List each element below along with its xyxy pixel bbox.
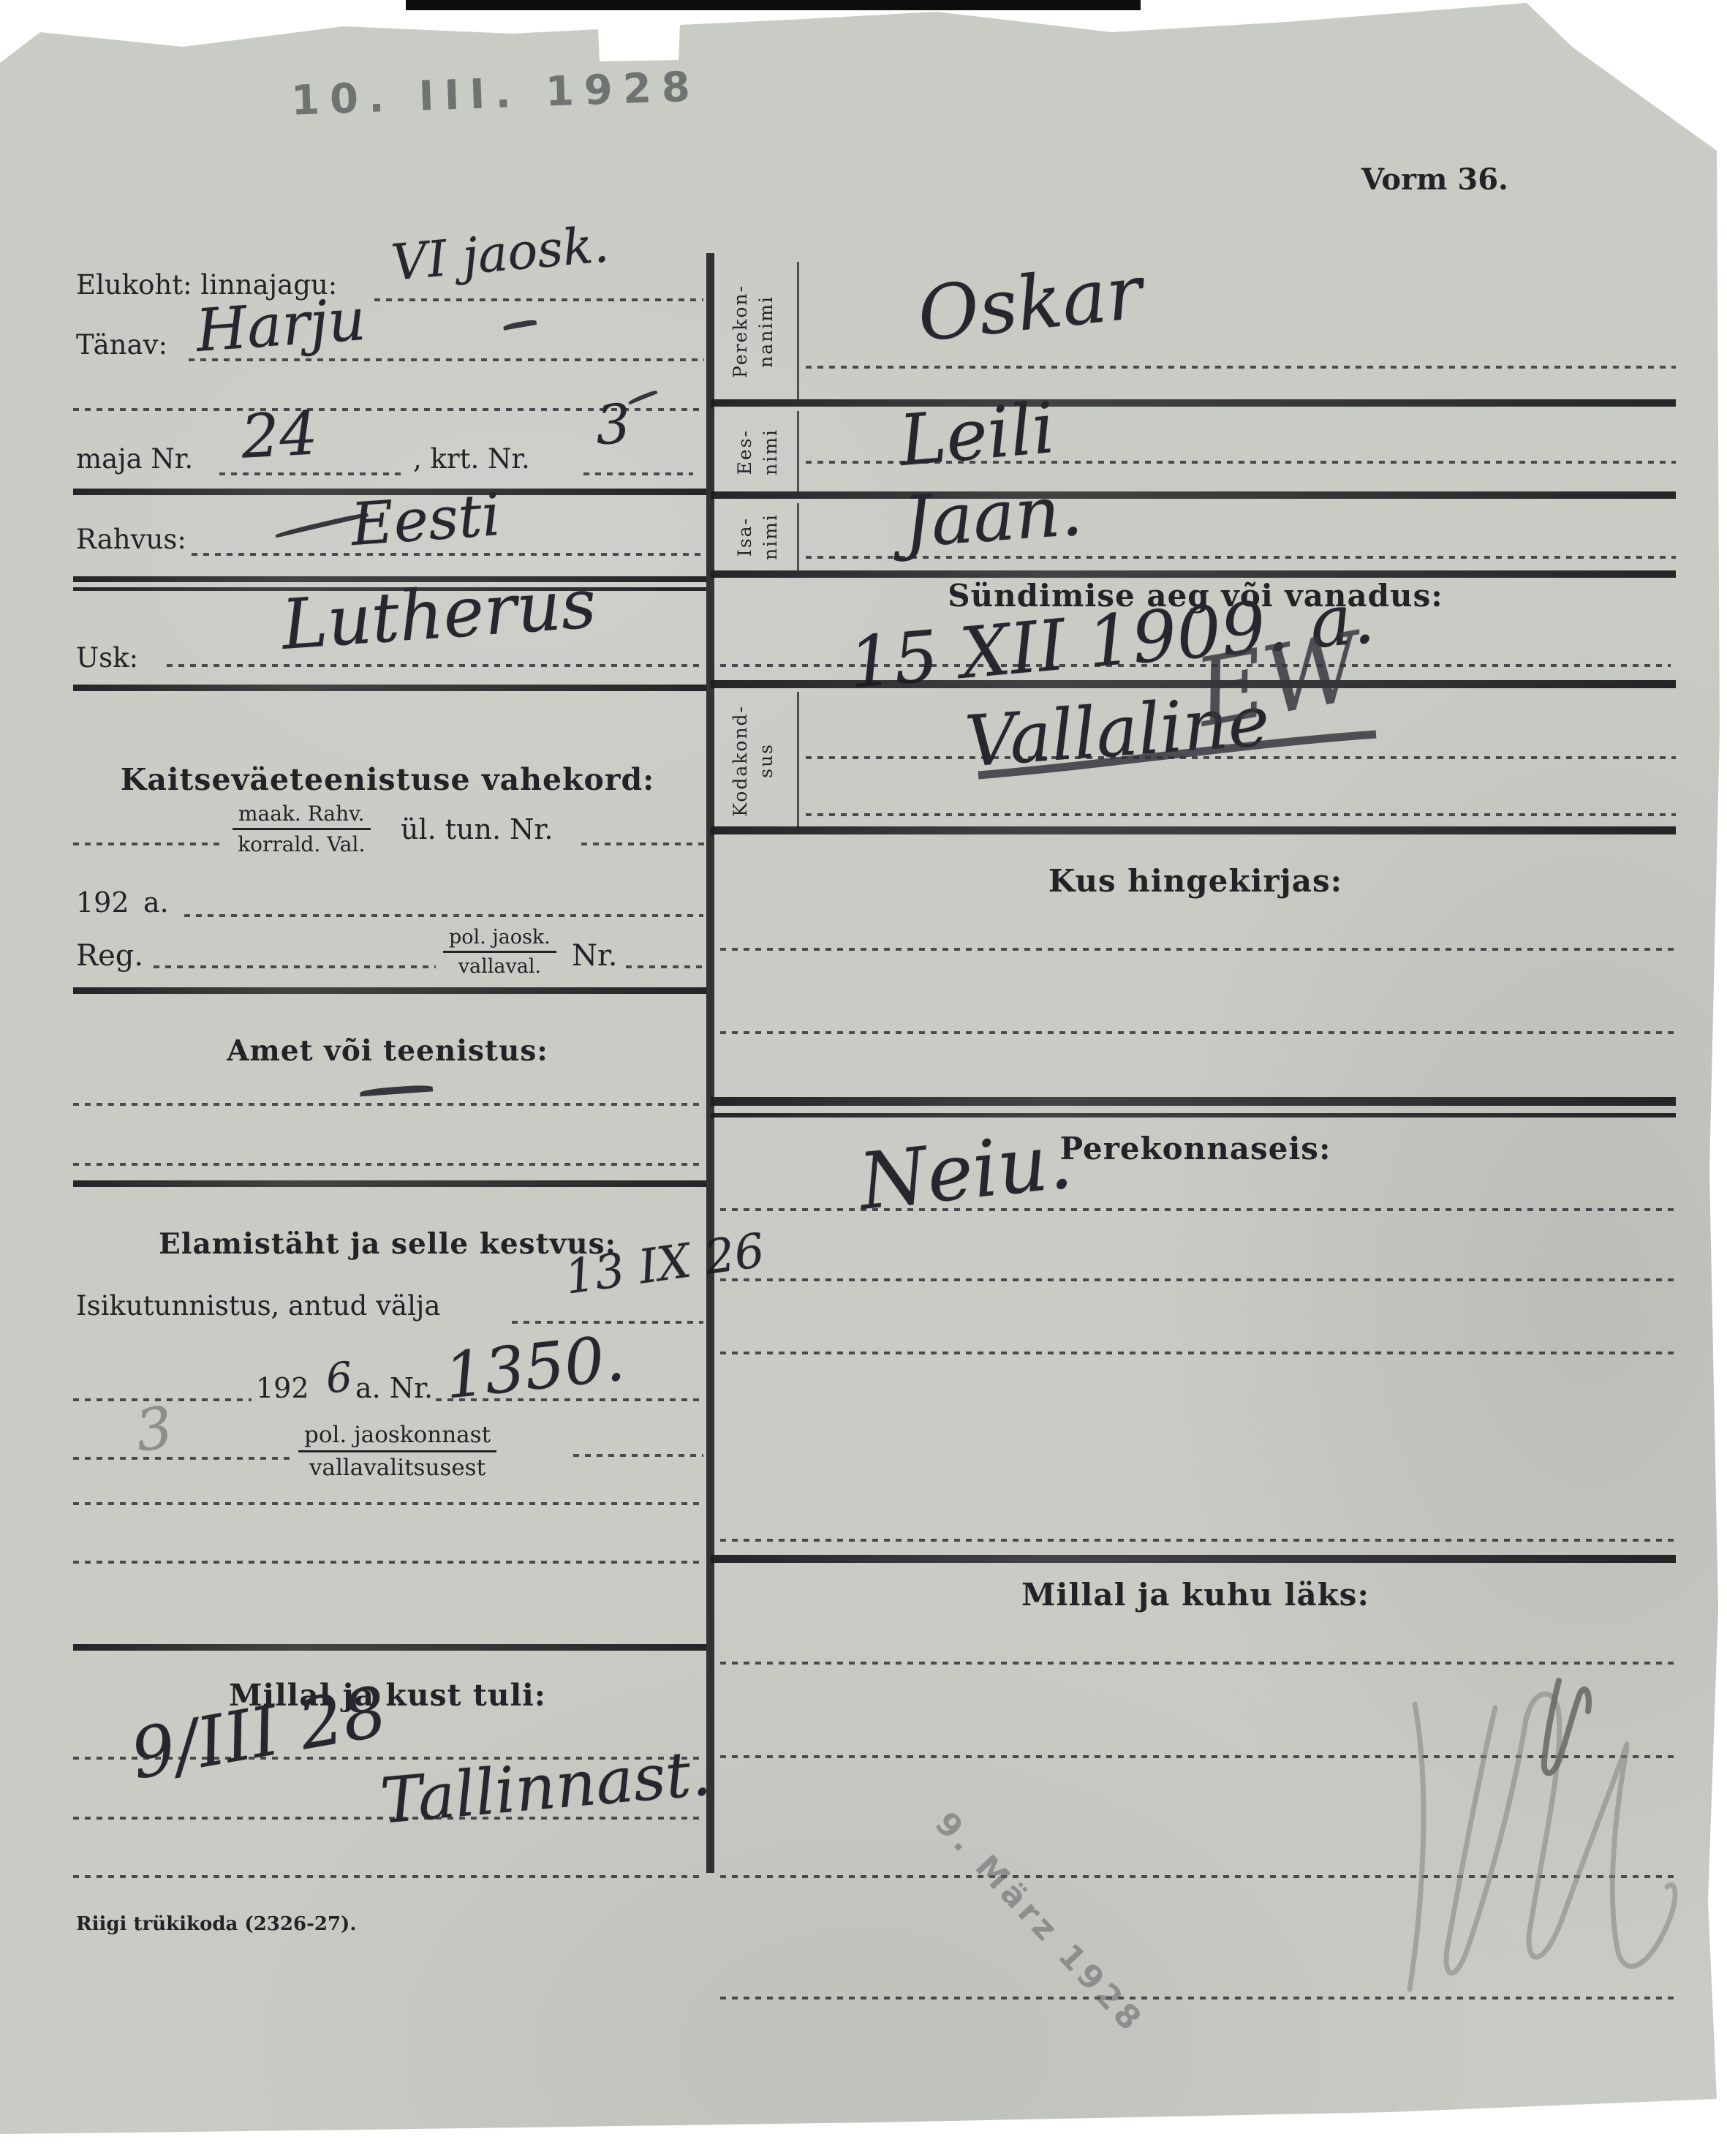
eesnimi-label-line2: nimi <box>760 429 781 475</box>
krt-label: , krt. Nr. <box>413 443 530 475</box>
date-stamp-bottom: 9. März 1928 <box>928 1805 1151 2040</box>
kaitse-line-right <box>581 843 704 845</box>
divider-rule <box>73 987 706 994</box>
margin-pencil-note: 3 <box>132 1395 177 1465</box>
divider-rule <box>711 570 1676 578</box>
isanimi-label-line1: Isa- <box>734 517 755 557</box>
amet-heading: Amet või teenistus: <box>73 1034 702 1068</box>
maak-fraction-top: maak. Rahv. <box>233 802 371 830</box>
divider-rule <box>711 826 1676 834</box>
tuli-place-value: Tallinnast. <box>378 1736 714 1838</box>
amet-line-2 <box>73 1163 703 1166</box>
kus-line-1 <box>720 948 1674 951</box>
elukoht-value: VI jaosk. <box>389 216 611 293</box>
perekonnanimi-label-line1: Perekon- <box>730 284 751 378</box>
kodakondsus-label: Kodakond- sus <box>730 693 776 828</box>
jaosk-line-left <box>73 1457 291 1460</box>
perekonnanimi-label: Perekon- nanimi <box>730 265 776 398</box>
divider-rule <box>711 399 1676 407</box>
reg-nr-label: Nr. <box>572 939 617 973</box>
blank-line-1 <box>73 1502 703 1505</box>
rahvus-line <box>192 553 703 556</box>
divider-rule <box>711 1097 1676 1106</box>
jaosk-fraction-bottom: vallavalitsusest <box>298 1452 496 1481</box>
laks-heading: Millal ja kuhu läks: <box>720 1577 1671 1613</box>
pol-fraction: pol. jaosk. vallaval. <box>443 926 556 978</box>
perekonnaseis-line-3 <box>720 1352 1674 1354</box>
krt-line <box>583 472 693 475</box>
kus-heading: Kus hingekirjas: <box>720 863 1671 899</box>
isiku-label: Isikutunnistus, antud välja <box>76 1290 440 1322</box>
year2-label: 192 <box>256 1372 309 1404</box>
kaitse-heading: Kaitseväeteenistuse vahekord: <box>73 762 702 797</box>
label-separator <box>797 692 799 828</box>
perekonnaseis-line-4 <box>720 1539 1674 1542</box>
reg-label: Reg. <box>76 939 143 973</box>
date-stamp-top: 10. III. 1928 <box>290 63 701 124</box>
kodakondsus-label-line1: Kodakond- <box>730 705 751 817</box>
maak-fraction-bottom: korrald. Val. <box>233 830 371 856</box>
pen-dash <box>503 319 537 331</box>
divider-rule <box>73 1180 706 1187</box>
kodakondsus-label-line2: sus <box>755 743 776 778</box>
divider-rule <box>711 1113 1676 1117</box>
kodakondsus-line-2 <box>806 813 1676 816</box>
pol-fraction-top: pol. jaosk. <box>443 926 556 953</box>
year2-line-right <box>436 1398 703 1401</box>
usk-label: Usk: <box>76 642 138 674</box>
divider-rule <box>73 685 706 691</box>
reg-nr-line <box>626 965 703 968</box>
eesnimi-label-line1: Ees- <box>734 429 755 475</box>
pol-fraction-bottom: vallaval. <box>443 953 556 978</box>
laks-line-1 <box>720 1662 1674 1665</box>
jaosk-line-right <box>573 1454 703 1457</box>
year-line <box>184 914 703 917</box>
label-separator <box>797 503 799 570</box>
eesnimi-value: Leili <box>896 387 1059 482</box>
tuli-line-3 <box>73 1875 703 1878</box>
label-separator <box>797 411 799 491</box>
maja-line <box>219 472 406 475</box>
divider-rule <box>711 491 1676 499</box>
isanimi-label: Isa- nimi <box>734 505 781 569</box>
strike-through-mark <box>972 730 1382 781</box>
form-paper: 10. III. 1928 Vorm 36. Elukoht: linnajag… <box>0 0 1727 2156</box>
isanimi-label-line2: nimi <box>760 513 781 560</box>
kus-line-2 <box>720 1031 1674 1034</box>
perekonnanimi-label-line2: nanimi <box>755 295 776 368</box>
krt-value: 3 <box>594 393 632 457</box>
kaitse-line-left <box>73 843 223 845</box>
jaosk-fraction: pol. jaoskonnast vallavalitsusest <box>298 1422 496 1481</box>
printer-note: Riigi trükikoda (2326-27). <box>76 1913 356 1935</box>
year2-a-nr-label: a. Nr. <box>355 1372 433 1404</box>
perekonnanimi-value: Oskar <box>914 249 1146 358</box>
ul-tun-label: ül. tun. Nr. <box>401 813 553 845</box>
maja-value: 24 <box>240 399 320 472</box>
form-code: Vorm 36. <box>1361 162 1508 197</box>
tuli-heading: Millal ja kust tuli: <box>73 1678 702 1713</box>
jaosk-fraction-top: pol. jaoskonnast <box>298 1422 496 1452</box>
pencil-signature <box>1345 1675 1727 2019</box>
elukoht-line <box>374 298 703 301</box>
maak-fraction: maak. Rahv. korrald. Val. <box>233 802 371 856</box>
maja-label: maja Nr. <box>76 443 193 475</box>
isanimi-value: Jaan. <box>900 470 1085 564</box>
rahvus-label: Rahvus: <box>76 524 186 555</box>
year-label: 192 <box>76 886 129 919</box>
divider-rule <box>711 1555 1676 1563</box>
tanav-value: Harju <box>194 285 368 365</box>
year2-value: 6 <box>324 1354 354 1403</box>
usk-line <box>167 664 704 667</box>
label-separator <box>797 262 799 399</box>
tanav-label: Tänav: <box>76 329 167 361</box>
scanner-edge-artifact <box>406 0 1141 10</box>
amet-pen-mark <box>360 1085 433 1097</box>
year-a-label: a. <box>143 886 169 919</box>
perekonnaseis-line-2 <box>720 1278 1674 1281</box>
amet-line-1 <box>73 1103 703 1106</box>
blank-line-2 <box>73 1561 703 1564</box>
eesnimi-label: Ees- nimi <box>734 412 781 491</box>
reg-line <box>154 965 436 968</box>
krt-flourish <box>627 389 657 404</box>
rahvus-value: Eesti <box>349 480 503 559</box>
divider-rule <box>73 1644 706 1651</box>
perekonnanimi-line <box>806 366 1676 369</box>
